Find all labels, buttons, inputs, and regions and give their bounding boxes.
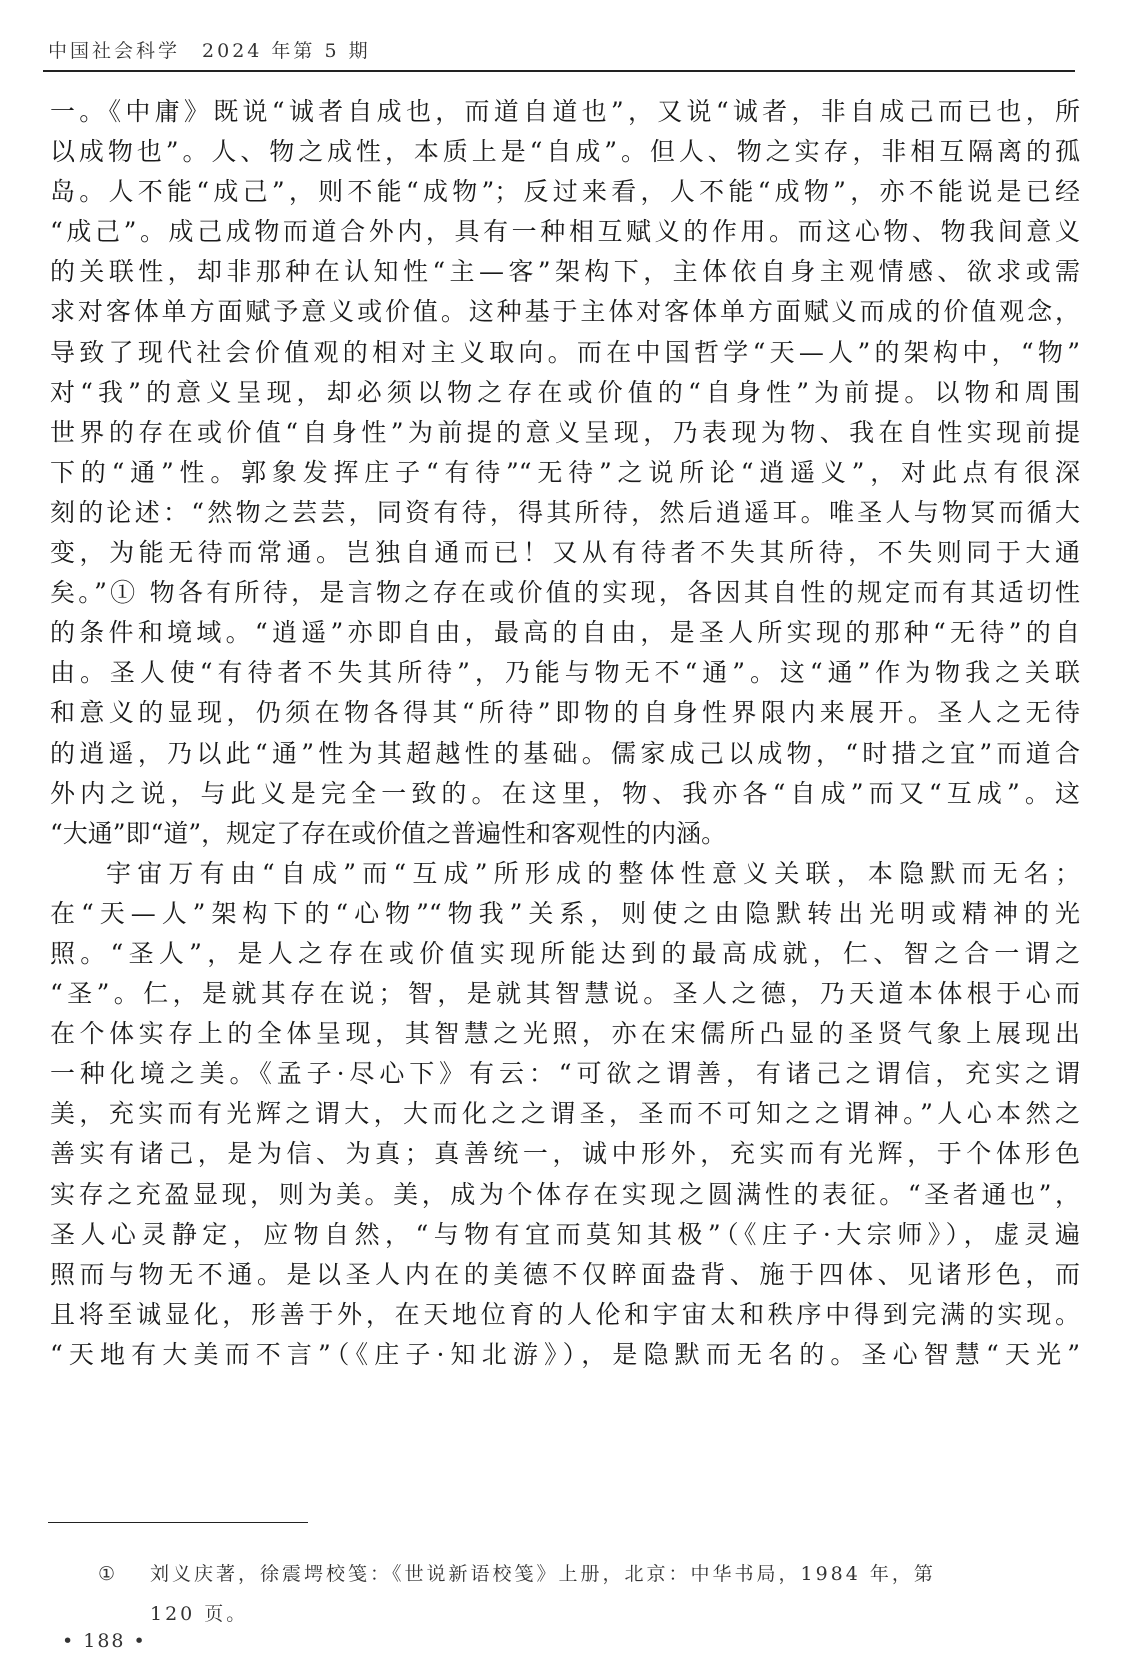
body-line: 实存之充盈显现，则为美。美，成为个体存在实现之圆满性的表征。“圣者通也”， [50, 1175, 1080, 1215]
body-line: 由。圣人使“有待者不失其所待”，乃能与物无不“通”。这“通”作为物我之关联 [50, 653, 1080, 693]
body-text: 一。《中庸》既说“诚者自成也，而道自道也”，又说“诚者，非自成己而已也，所 以成… [50, 92, 1080, 1375]
body-line-paragraph-start: 宇宙万有由“自成”而“互成”所形成的整体性意义关联，本隐默而无名； [50, 854, 1080, 894]
running-head: 中国社会科学2024 年第 5 期 [48, 36, 371, 63]
body-line: 岛。人不能“成己”，则不能“成物”；反过来看，人不能“成物”，亦不能说是已经 [50, 172, 1080, 212]
footnote-line: ①刘义庆著，徐震堮校笺：《世说新语校笺》上册，北京：中华书局，1984 年，第 [98, 1554, 1076, 1594]
body-line: 外内之说，与此义是完全一致的。在这里，物、我亦各“自成”而又“互成”。这 [50, 774, 1080, 814]
body-line: 的关联性，却非那种在认知性“主—客”架构下，主体依自身主观情感、欲求或需 [50, 252, 1080, 292]
body-line: 照而与物无不通。是以圣人内在的美德不仅睟面盎背、施于四体、见诸形色，而 [50, 1255, 1080, 1295]
body-line: 下的“通”性。郭象发挥庄子“有待”“无待”之说所论“逍遥义”，对此点有很深 [50, 453, 1080, 493]
body-line: 在“天—人”架构下的“心物”“物我”关系，则使之由隐默转出光明或精神的光 [50, 894, 1080, 934]
body-line: “天地有大美而不言”（《庄子·知北游》），是隐默而无名的。圣心智慧“天光” [50, 1335, 1080, 1375]
footnote-line-continuation: 120 页。 [98, 1594, 1076, 1634]
body-line: 善实有诸己，是为信、为真；真善统一，诚中形外，充实而有光辉，于个体形色 [50, 1134, 1080, 1174]
body-line: 的条件和境域。“逍遥”亦即自由，最高的自由，是圣人所实现的那种“无待”的自 [50, 613, 1080, 653]
body-line: 刻的论述：“然物之芸芸，同资有待，得其所待，然后逍遥耳。唯圣人与物冥而循大 [50, 493, 1080, 533]
body-line-paragraph-end: “大通”即“道”，规定了存在或价值之普遍性和客观性的内涵。 [50, 814, 1080, 854]
page-number: • 188 • [62, 1630, 147, 1652]
body-line: 一。《中庸》既说“诚者自成也，而道自道也”，又说“诚者，非自成己而已也，所 [50, 92, 1080, 132]
footnote-marker: ① [98, 1554, 150, 1594]
body-line: 美，充实而有光辉之谓大，大而化之之谓圣，圣而不可知之之谓神。”人心本然之 [50, 1094, 1080, 1134]
body-line: 照。“圣人”，是人之存在或价值实现所能达到的最高成就，仁、智之合一谓之 [50, 934, 1080, 974]
journal-title: 中国社会科学 [48, 40, 180, 62]
body-line: 在个体实存上的全体呈现，其智慧之光照，亦在宋儒所凸显的圣贤气象上展现出 [50, 1014, 1080, 1054]
footnote: ①刘义庆著，徐震堮校笺：《世说新语校笺》上册，北京：中华书局，1984 年，第 … [98, 1554, 1076, 1634]
body-line: 求对客体单方面赋予意义或价值。这种基于主体对客体单方面赋义而成的价值观念， [50, 292, 1080, 332]
body-line: 世界的存在或价值“自身性”为前提的意义呈现，乃表现为物、我在自性实现前提 [50, 413, 1080, 453]
footnote-text: 刘义庆著，徐震堮校笺：《世说新语校笺》上册，北京：中华书局，1984 年，第 [150, 1563, 936, 1585]
body-line-with-footnote-ref: 矣。”① 物各有所待，是言物之存在或价值的实现，各因其自性的规定而有其适切性 [50, 573, 1080, 613]
body-line: 以成物也”。人、物之成性，本质上是“自成”。但人、物之实存，非相互隔离的孤 [50, 132, 1080, 172]
body-line: 对“我”的意义呈现，却必须以物之存在或价值的“自身性”为前提。以物和周围 [50, 373, 1080, 413]
body-line: 圣人心灵静定，应物自然，“与物有宜而莫知其极”（《庄子·大宗师》），虚灵遍 [50, 1215, 1080, 1255]
body-line: “圣”。仁，是就其存在说；智，是就其智慧说。圣人之德，乃天道本体根于心而 [50, 974, 1080, 1014]
body-line: 和意义的显现，仍须在物各得其“所待”即物的自身性界限内来展开。圣人之无待 [50, 693, 1080, 733]
journal-page: 中国社会科学2024 年第 5 期 一。《中庸》既说“诚者自成也，而道自道也”，… [0, 0, 1147, 1678]
header-rule [43, 70, 1075, 72]
body-line: 且将至诚显化，形善于外，在天地位育的人伦和宇宙太和秩序中得到完满的实现。 [50, 1295, 1080, 1335]
body-line: 导致了现代社会价值观的相对主义取向。而在中国哲学“天—人”的架构中，“物” [50, 333, 1080, 373]
issue-label: 2024 年第 5 期 [202, 40, 371, 62]
footnote-rule [48, 1522, 308, 1523]
body-line: “成己”。成己成物而道合外内，具有一种相互赋义的作用。而这心物、物我间意义 [50, 212, 1080, 252]
body-line: 变，为能无待而常通。岂独自通而已！又从有待者不失其所待，不失则同于大通 [50, 533, 1080, 573]
body-line: 的逍遥，乃以此“通”性为其超越性的基础。儒家成己以成物，“时措之宜”而道合 [50, 734, 1080, 774]
body-line: 一种化境之美。《孟子·尽心下》有云：“可欲之谓善，有诸己之谓信，充实之谓 [50, 1054, 1080, 1094]
